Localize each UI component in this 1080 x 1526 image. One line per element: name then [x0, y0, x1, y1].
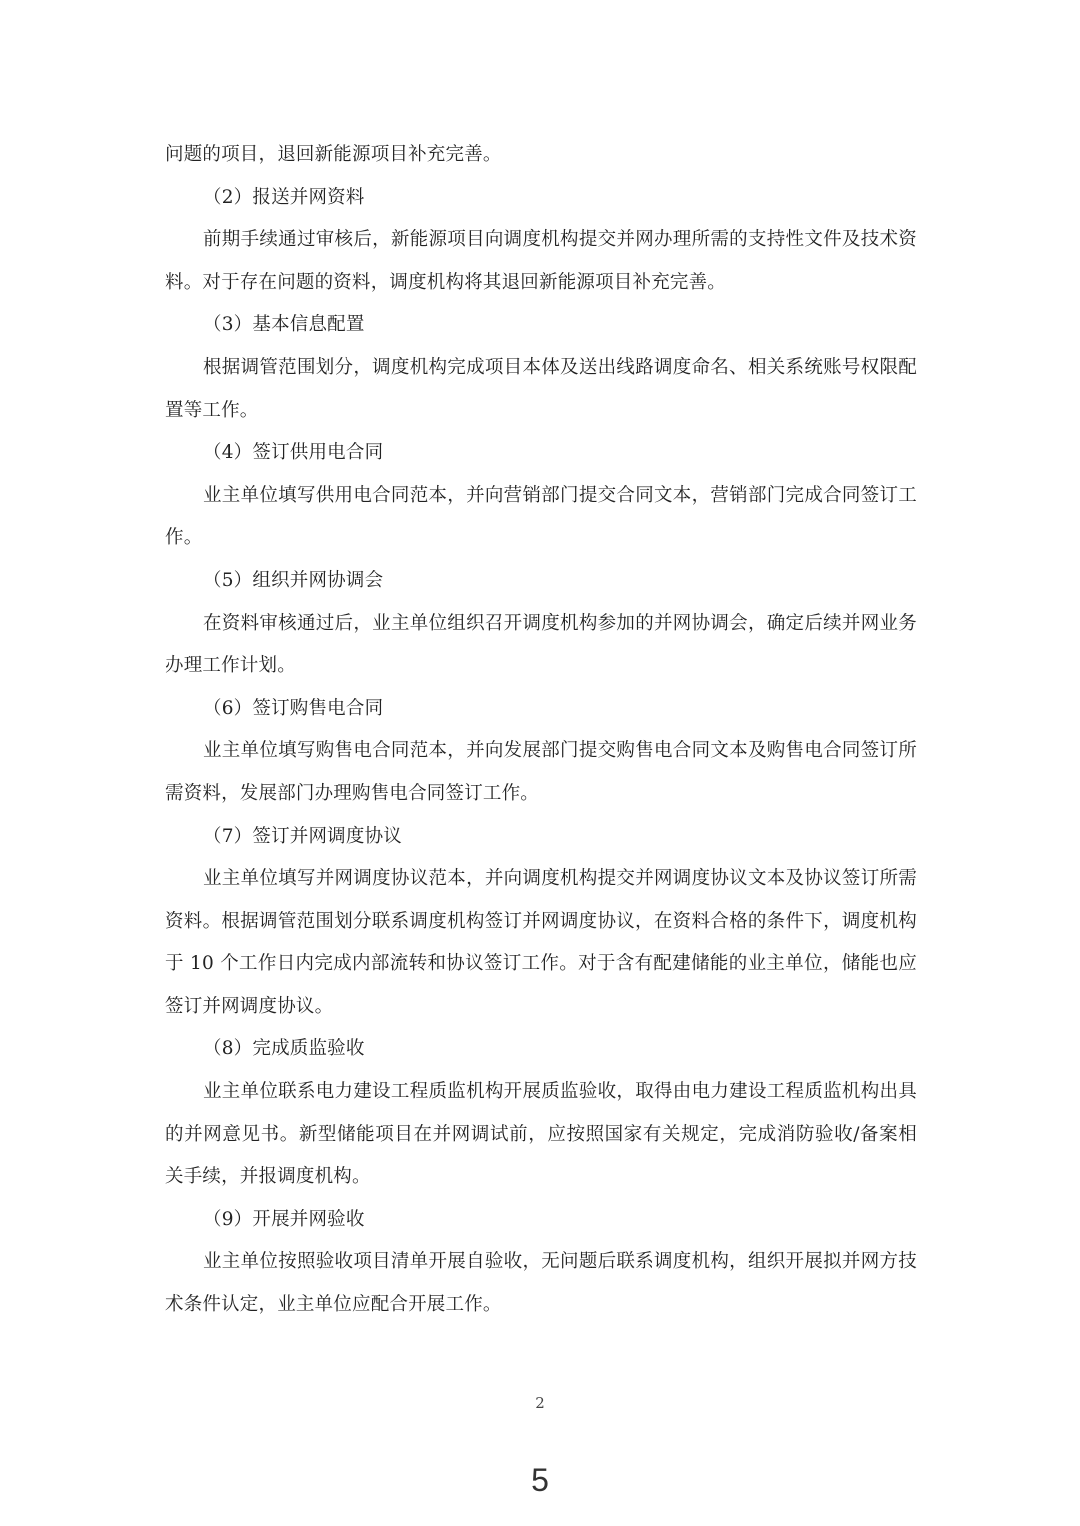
section-heading-8: （8）完成质监验收	[165, 1028, 917, 1071]
paragraph: 业主单位填写供用电合同范本，并向营销部门提交合同文本，营销部门完成合同签订工 作…	[165, 475, 917, 560]
text-line: 需资料，发展部门办理购售电合同签订工作。	[165, 773, 917, 816]
text-line: 办理工作计划。	[165, 645, 917, 688]
text-line: 关手续，并报调度机构。	[165, 1156, 917, 1199]
text-line: 业主单位按照验收项目清单开展自验收，无问题后联系调度机构，组织开展拟并网方技	[165, 1241, 917, 1284]
text-line: 签订并网调度协议。	[165, 986, 917, 1029]
section-heading-9: （9）开展并网验收	[165, 1199, 917, 1242]
paragraph: 根据调管范围划分，调度机构完成项目本体及送出线路调度命名、相关系统账号权限配 置…	[165, 347, 917, 432]
page-number: 2	[0, 1394, 1080, 1412]
text-line: 前期手续通过审核后，新能源项目向调度机构提交并网办理所需的支持性文件及技术资	[165, 219, 917, 262]
paragraph: 业主单位填写购售电合同范本，并向发展部门提交购售电合同文本及购售电合同签订所 需…	[165, 730, 917, 815]
text-line: 在资料审核通过后，业主单位组织召开调度机构参加的并网协调会，确定后续并网业务	[165, 603, 917, 646]
text-line: 置等工作。	[165, 390, 917, 433]
paragraph: 问题的项目，退回新能源项目补充完善。	[165, 134, 917, 177]
paragraph: 前期手续通过审核后，新能源项目向调度机构提交并网办理所需的支持性文件及技术资 料…	[165, 219, 917, 304]
image-index-number: 5	[0, 1462, 1080, 1499]
text-line: 业主单位联系电力建设工程质监机构开展质监验收，取得由电力建设工程质监机构出具	[165, 1071, 917, 1114]
paragraph: 业主单位联系电力建设工程质监机构开展质监验收，取得由电力建设工程质监机构出具 的…	[165, 1071, 917, 1199]
text-line: 根据调管范围划分，调度机构完成项目本体及送出线路调度命名、相关系统账号权限配	[165, 347, 917, 390]
text-line: 术条件认定，业主单位应配合开展工作。	[165, 1284, 917, 1327]
text-line: 的并网意见书。新型储能项目在并网调试前，应按照国家有关规定，完成消防验收/备案相	[165, 1114, 917, 1157]
document-body: 问题的项目，退回新能源项目补充完善。 （2）报送并网资料 前期手续通过审核后，新…	[165, 134, 917, 1327]
text-line: 业主单位填写供用电合同范本，并向营销部门提交合同文本，营销部门完成合同签订工	[165, 475, 917, 518]
text-line: 业主单位填写并网调度协议范本，并向调度机构提交并网调度协议文本及协议签订所需	[165, 858, 917, 901]
section-heading-4: （4）签订供用电合同	[165, 432, 917, 475]
section-heading-3: （3）基本信息配置	[165, 304, 917, 347]
paragraph: 业主单位按照验收项目清单开展自验收，无问题后联系调度机构，组织开展拟并网方技 术…	[165, 1241, 917, 1326]
text-line: 于 10 个工作日内完成内部流转和协议签订工作。对于含有配建储能的业主单位，储能…	[165, 943, 917, 986]
section-heading-7: （7）签订并网调度协议	[165, 816, 917, 859]
section-heading-5: （5）组织并网协调会	[165, 560, 917, 603]
paragraph: 业主单位填写并网调度协议范本，并向调度机构提交并网调度协议文本及协议签订所需 资…	[165, 858, 917, 1028]
text-line: 问题的项目，退回新能源项目补充完善。	[165, 134, 917, 177]
text-line: 料。对于存在问题的资料，调度机构将其退回新能源项目补充完善。	[165, 262, 917, 305]
paragraph: 在资料审核通过后，业主单位组织召开调度机构参加的并网协调会，确定后续并网业务 办…	[165, 603, 917, 688]
section-heading-2: （2）报送并网资料	[165, 177, 917, 220]
text-line: 资料。根据调管范围划分联系调度机构签订并网调度协议，在资料合格的条件下，调度机构	[165, 901, 917, 944]
text-line: 业主单位填写购售电合同范本，并向发展部门提交购售电合同文本及购售电合同签订所	[165, 730, 917, 773]
section-heading-6: （6）签订购售电合同	[165, 688, 917, 731]
text-line: 作。	[165, 517, 917, 560]
